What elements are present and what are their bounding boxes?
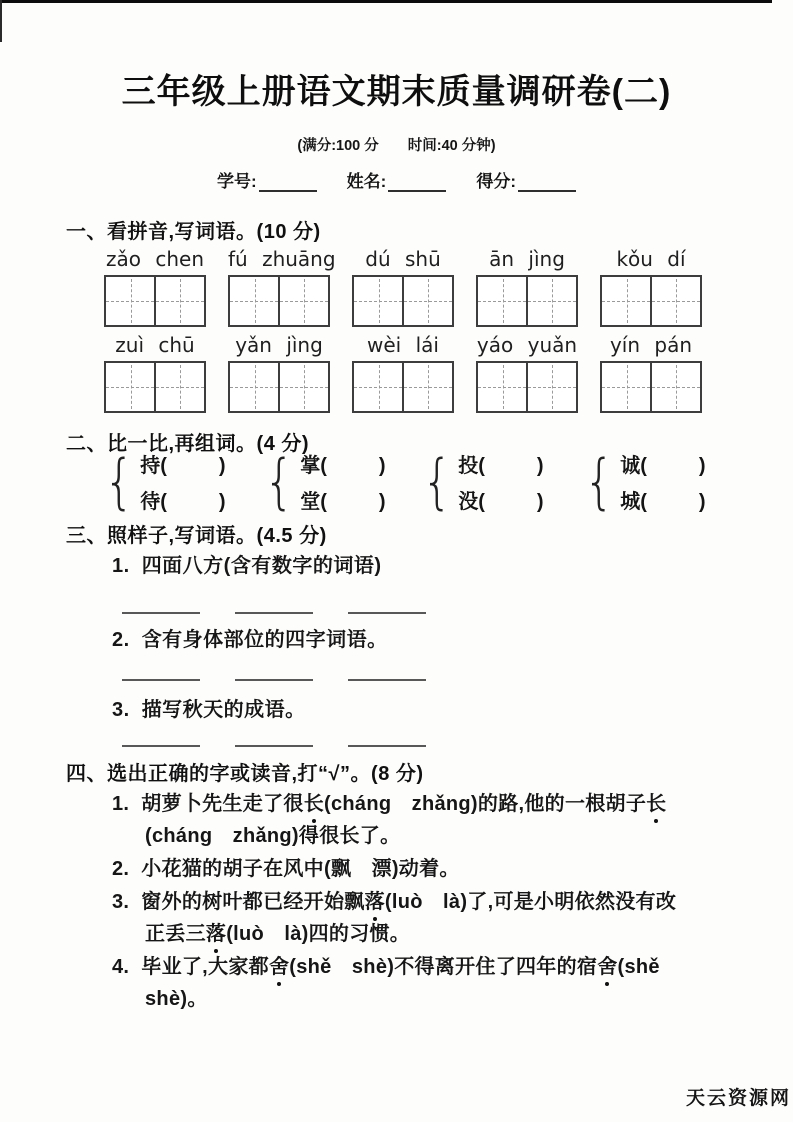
pinyin-label: wèi lái [352, 333, 454, 357]
answer-line [348, 679, 426, 681]
grid-guide-line [379, 279, 380, 323]
grid-guide-line [230, 387, 328, 388]
pair-column: 诚() 城() [620, 449, 705, 514]
paren-open: ( [320, 455, 327, 478]
pinyin-label: zǎo chen [104, 247, 206, 271]
writing-grid-box [476, 361, 578, 413]
pair-line: 堂() [300, 485, 385, 514]
grid-guide-line [131, 279, 132, 323]
pinyin-label: yáo yuǎn [476, 333, 578, 357]
s4-item-1-line-2: (cháng zhǎng)得很长了。 [145, 819, 400, 848]
student-info-row: 学号: 姓名: 得分: [0, 167, 793, 192]
pair-group: { 诚() 城() [580, 449, 706, 514]
item-number: 3. [112, 699, 130, 722]
pair-group: { 掌() 堂() [260, 449, 386, 514]
grid-guide-line [180, 365, 181, 409]
writing-grid-box [352, 275, 454, 327]
pair-line: 掌() [300, 449, 385, 478]
paren-open: ( [640, 491, 647, 514]
writing-grid-box [600, 361, 702, 413]
item-text: 描写秋天的成语。 [142, 699, 306, 721]
text-segment: (shě shè)不得离开住了四年的宿 [289, 956, 597, 978]
item-number: 3. [112, 891, 129, 914]
emphasized-char: 舍 [597, 950, 617, 979]
pinyin-label: ān jìng [476, 247, 578, 271]
page-title: 三年级上册语文期末质量调研卷(二) [0, 64, 793, 113]
grid-guide-line [478, 387, 576, 388]
s3-item-1: 1.四面八方(含有数字的词语) [112, 549, 382, 578]
pair-char: 掌 [300, 449, 320, 478]
brace-glyph: { [584, 452, 615, 512]
writing-grid-box [476, 275, 578, 327]
grid-guide-line [428, 365, 429, 409]
item-number: 4. [112, 956, 129, 979]
grid-guide-line [131, 365, 132, 409]
scan-left-edge-line [0, 0, 2, 42]
paren-open: ( [478, 455, 485, 478]
paren-close: ) [699, 491, 706, 514]
score-blank [518, 175, 576, 192]
paren-open: ( [478, 491, 485, 514]
s3-item-2: 2.含有身体部位的四字词语。 [112, 623, 388, 652]
student-name-blank [388, 175, 446, 192]
emphasized-char: 长 [646, 787, 666, 816]
s4-item-4-line-2: shè)。 [145, 982, 208, 1011]
writing-grid-box [104, 361, 206, 413]
section1-heading: 一、看拼音,写词语。(10 分) [66, 215, 321, 244]
pair-line: 待() [140, 485, 225, 514]
student-id-blank [259, 175, 317, 192]
pinyin-label: yǎn jìng [228, 333, 330, 357]
pair-column: 投() 没() [458, 449, 543, 514]
grid-guide-line [230, 301, 328, 302]
student-name-label: 姓名: [347, 167, 387, 192]
text-segment: 小花猫的胡子在风中(飘 漂)动着。 [141, 858, 459, 880]
grid-guide-line [627, 365, 628, 409]
pair-column: 持() 待() [140, 449, 225, 514]
grid-guide-line [354, 301, 452, 302]
text-segment: 胡萝卜先生走了很 [141, 793, 303, 815]
pair-char: 投 [458, 449, 478, 478]
answer-line [235, 679, 313, 681]
pair-char: 城 [620, 485, 640, 514]
paren-close: ) [699, 455, 706, 478]
paren-close: ) [537, 455, 544, 478]
brace-glyph: { [422, 452, 453, 512]
answer-line [235, 745, 313, 747]
grid-guide-line [106, 387, 204, 388]
pair-char: 持 [140, 449, 160, 478]
grid-guide-line [552, 365, 553, 409]
grid-guide-line [503, 365, 504, 409]
pair-line: 没() [458, 485, 543, 514]
grid-guide-line [602, 301, 700, 302]
grid-guide-line [180, 279, 181, 323]
emphasized-char: 舍 [269, 950, 289, 979]
grid-guide-line [676, 279, 677, 323]
text-segment: 正丢三 [145, 923, 206, 945]
paren-close: ) [219, 491, 226, 514]
pinyin-row-2: zuì chū yǎn jìng wèi lái yáo yuǎn yín pá… [104, 333, 704, 357]
s4-item-4-line-1: 4.毕业了,大家都舍(shě shè)不得离开住了四年的宿舍(shě [112, 950, 660, 979]
text-segment: 毕业了,大家都 [141, 956, 269, 978]
exam-score-time-note: (满分:100 分 时间:40 分钟) [0, 134, 793, 155]
grid-guide-line [255, 279, 256, 323]
pair-char: 诚 [620, 449, 640, 478]
answer-line [235, 612, 313, 614]
grid-guide-line [602, 387, 700, 388]
scan-top-edge-line [0, 0, 772, 3]
text-segment: (cháng zhǎng)的路,他的一根胡子 [324, 793, 646, 815]
text-segment: (cháng zhǎng)得很长了。 [145, 825, 400, 847]
text-segment: (shě [618, 956, 660, 978]
paren-open: ( [640, 455, 647, 478]
s4-item-1-line-1: 1.胡萝卜先生走了很长(cháng zhǎng)的路,他的一根胡子长 [112, 787, 666, 816]
grid-guide-line [106, 301, 204, 302]
answer-line [122, 745, 200, 747]
brace-glyph: { [104, 452, 135, 512]
pair-char: 待 [140, 485, 160, 514]
writing-grid-box [228, 361, 330, 413]
grid-guide-line [676, 365, 677, 409]
item-text: 含有身体部位的四字词语。 [142, 629, 388, 651]
emphasized-char: 落 [206, 917, 226, 946]
paren-open: ( [160, 491, 167, 514]
grid-guide-line [354, 387, 452, 388]
writing-grid-row-1 [104, 275, 702, 327]
grid-guide-line [304, 365, 305, 409]
answer-line [122, 612, 200, 614]
pinyin-row-1: zǎo chen fú zhuāng dú shū ān jìng kǒu dí [104, 247, 704, 271]
section3-heading: 三、照样子,写词语。(4.5 分) [66, 519, 327, 548]
student-id-label: 学号: [217, 167, 257, 192]
writing-grid-row-2 [104, 361, 702, 413]
s4-item-3-line-2: 正丢三落(luò là)四的习惯。 [145, 917, 410, 946]
pinyin-label: dú shū [352, 247, 454, 271]
text-segment: (luò là)了,可是小明依然没有改 [385, 891, 676, 913]
text-segment: 窗外的树叶都已经开始飘 [141, 891, 364, 913]
grid-guide-line [552, 279, 553, 323]
item-text: 四面八方(含有数字的词语) [142, 555, 382, 577]
pinyin-label: zuì chū [104, 333, 206, 357]
item-number: 1. [112, 555, 130, 578]
pinyin-label: fú zhuāng [228, 247, 330, 271]
answer-line [348, 745, 426, 747]
exam-paper-page: 三年级上册语文期末质量调研卷(二) (满分:100 分 时间:40 分钟) 学号… [0, 0, 793, 1122]
writing-grid-box [228, 275, 330, 327]
text-segment: (luò là)四的习惯。 [226, 923, 410, 945]
grid-guide-line [304, 279, 305, 323]
score-label: 得分: [476, 167, 516, 192]
pinyin-label: yín pán [600, 333, 702, 357]
grid-guide-line [627, 279, 628, 323]
emphasized-char: 落 [365, 885, 385, 914]
pair-group: { 投() 没() [418, 449, 544, 514]
pair-char: 没 [458, 485, 478, 514]
paren-open: ( [320, 491, 327, 514]
answer-line [122, 679, 200, 681]
student-name-field: 姓名: [347, 167, 447, 192]
section4-heading: 四、选出正确的字或读音,打“√”。(8 分) [66, 757, 424, 786]
answer-line [348, 612, 426, 614]
item-number: 1. [112, 793, 129, 816]
s4-item-3-line-1: 3.窗外的树叶都已经开始飘落(luò là)了,可是小明依然没有改 [112, 885, 676, 914]
word-pair-groups: { 持() 待() { 掌() 堂() { 投() 没() { 诚() 城() [0, 449, 793, 519]
pair-group: { 持() 待() [100, 449, 226, 514]
paren-close: ) [379, 455, 386, 478]
grid-guide-line [428, 279, 429, 323]
paren-close: ) [219, 455, 226, 478]
s3-item-3: 3.描写秋天的成语。 [112, 693, 306, 722]
paren-close: ) [537, 491, 544, 514]
paren-open: ( [160, 455, 167, 478]
text-segment: shè)。 [145, 988, 208, 1010]
pair-line: 诚() [620, 449, 705, 478]
pair-char: 堂 [300, 485, 320, 514]
pair-line: 投() [458, 449, 543, 478]
student-id-field: 学号: [217, 167, 317, 192]
grid-guide-line [478, 301, 576, 302]
pinyin-label: kǒu dí [600, 247, 702, 271]
s4-item-2-line-1: 2.小花猫的胡子在风中(飘 漂)动着。 [112, 852, 460, 881]
pair-column: 掌() 堂() [300, 449, 385, 514]
emphasized-char: 长 [304, 787, 324, 816]
item-number: 2. [112, 858, 129, 881]
pair-line: 持() [140, 449, 225, 478]
writing-grid-box [600, 275, 702, 327]
paren-close: ) [379, 491, 386, 514]
grid-guide-line [255, 365, 256, 409]
pair-line: 城() [620, 485, 705, 514]
writing-grid-box [104, 275, 206, 327]
brace-glyph: { [264, 452, 295, 512]
grid-guide-line [503, 279, 504, 323]
item-number: 2. [112, 629, 130, 652]
grid-guide-line [379, 365, 380, 409]
watermark: 天云资源网 [686, 1083, 791, 1110]
score-field: 得分: [476, 167, 576, 192]
writing-grid-box [352, 361, 454, 413]
